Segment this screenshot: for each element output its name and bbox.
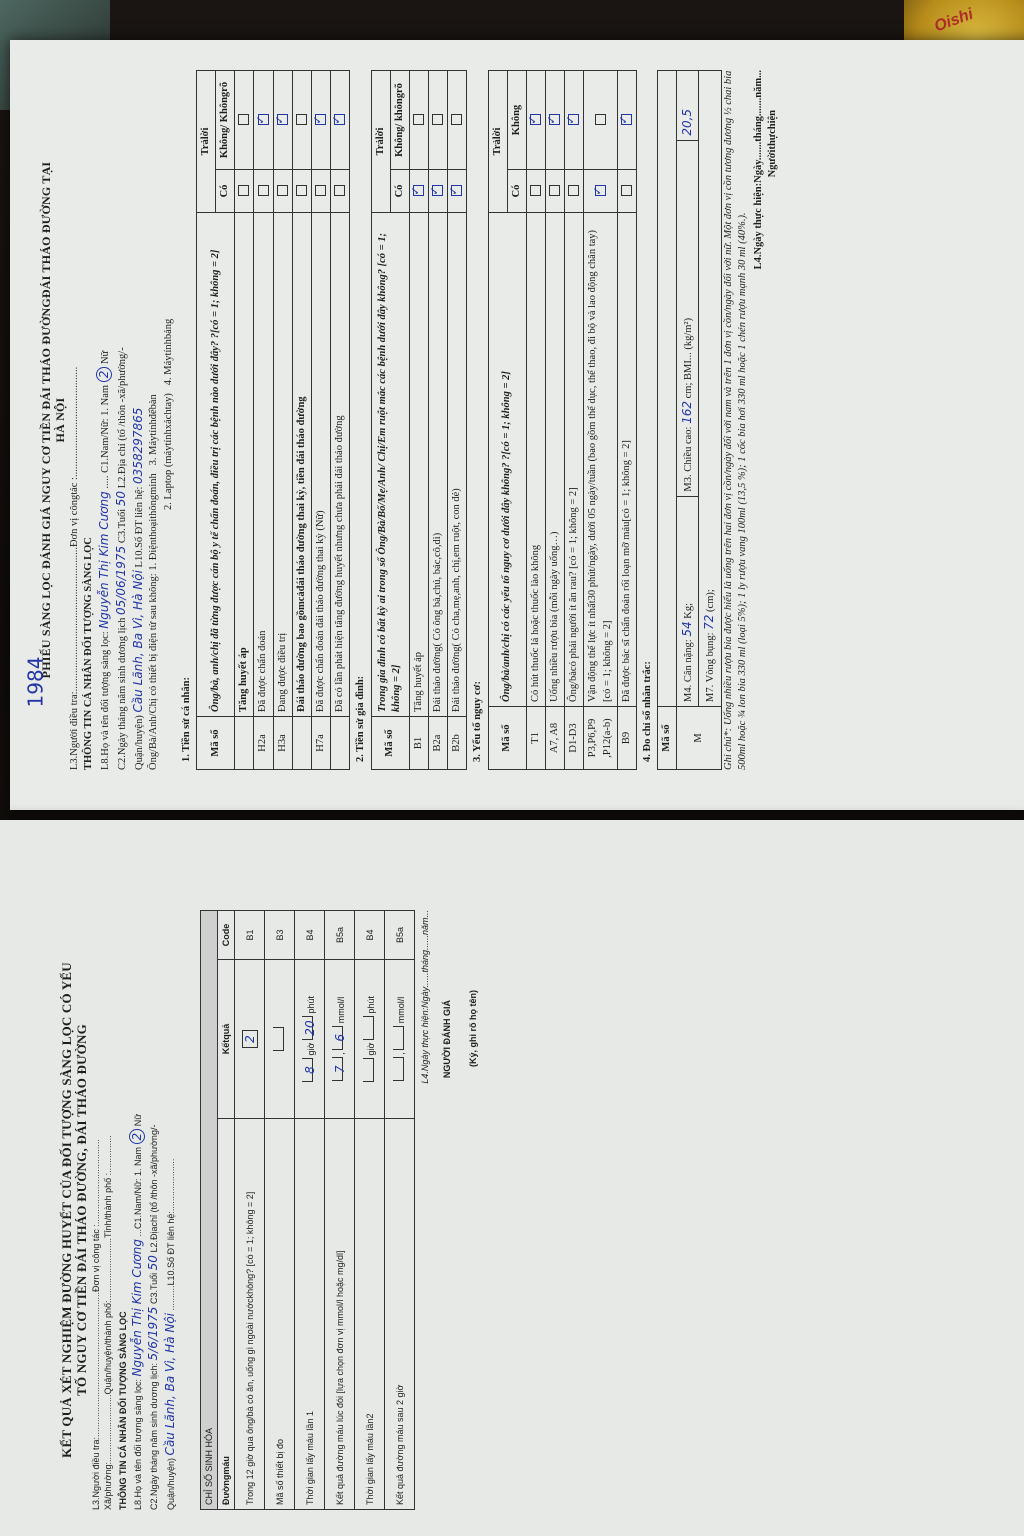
row-code: B4 [355, 911, 385, 960]
answer-box[interactable]: 2 [242, 1030, 258, 1048]
no-cell [546, 71, 565, 170]
no-checkbox[interactable] [595, 115, 606, 126]
row-label: Đã được chẩn đoán [254, 213, 273, 717]
no-checkbox[interactable] [258, 115, 269, 126]
table-row: D1-D3Ông/bàcó phải người ít ăn rau? [có … [565, 71, 584, 770]
alcohol-note: Ghi chú*: Uống nhiều rượu bia được hiểu … [722, 70, 750, 770]
date-line: L4.Ngày thực hiện:Ngày.......tháng......… [752, 70, 766, 770]
row-code: B2a [429, 717, 448, 770]
row-label: Ông/bàcó phải người ít ăn rau? [có = 1; … [565, 213, 584, 707]
dob-value[interactable]: 5/6/1975 [146, 1307, 160, 1361]
row-label: Đang được điều trị [273, 213, 292, 717]
unit-label: phút [306, 996, 316, 1014]
yes-cell [273, 170, 292, 213]
no-checkbox[interactable] [413, 115, 424, 126]
no-cell [409, 71, 428, 170]
yes-cell [312, 170, 331, 213]
row-code [331, 717, 350, 770]
gender-selected[interactable]: 2 [96, 367, 112, 383]
weight-value[interactable]: 54 [680, 621, 694, 636]
no-checkbox[interactable] [621, 115, 632, 126]
row-label: Thời gian lấy máu lần2 [355, 1119, 385, 1510]
unit-label: phút [366, 996, 376, 1014]
table-row: T1Có hút thuốc lá hoặc thuốc lào không [526, 71, 545, 770]
yes-checkbox[interactable] [315, 186, 326, 197]
row-label: Thời gian lấy máu lần 1 [295, 1119, 325, 1510]
no-checkbox[interactable] [568, 115, 579, 126]
device-code-input[interactable] [273, 1027, 284, 1051]
row-label: Trong 12 giờ qua ông/bà có ăn, uống gì n… [235, 1119, 265, 1510]
row-code: B1 [235, 911, 265, 960]
result-cell: giờ phút [355, 960, 385, 1119]
minute-input[interactable]: 20 [302, 1016, 313, 1040]
no-cell [565, 71, 584, 170]
no-cell [292, 71, 311, 170]
yes-checkbox[interactable] [277, 186, 288, 197]
family-history-table: Mã số Trong gia đình có bất kỳ ai trong … [371, 70, 468, 770]
yes-cell [448, 170, 467, 213]
height-value[interactable]: 162 [680, 401, 694, 424]
row-label: Kết quả đường máu sau 2 giờ [385, 1119, 415, 1510]
yes-cell [331, 170, 350, 213]
no-checkbox[interactable] [432, 115, 443, 126]
yes-checkbox[interactable] [334, 186, 345, 197]
table-row: B2bĐái tháo đường( Có cha,mẹ,anh, chị,em… [448, 71, 467, 770]
yes-checkbox[interactable] [549, 186, 560, 197]
table-row: Thời gian lấy máu lần 18 giờ 20 phútB4 [295, 911, 325, 1510]
personal-history-table: Mã số Ông/bà, anh/chị đã từng được cán b… [196, 70, 350, 770]
section-personal-info: THÔNG TIN CÁ NHÂN ĐỐI TƯỢNG SÀNG LỌC [82, 70, 96, 770]
device-line: Ông/Bà/Anh/Chị có thiết bị điện tử sau k… [147, 70, 161, 770]
row-code: B2b [448, 717, 467, 770]
yes-checkbox[interactable] [258, 186, 269, 197]
row-label: Đã có lần phát hiện tăng đường huyết như… [331, 213, 350, 717]
result-cell: , mmol/l [385, 960, 415, 1119]
table-row: Tăng huyết áp [235, 71, 254, 770]
screening-form: PHIẾU SÀNG LỌC ĐÁNH GIÁ NGUY CƠ TIỀN ĐÁI… [40, 70, 770, 770]
yes-checkbox[interactable] [413, 186, 424, 197]
yes-checkbox[interactable] [451, 186, 462, 197]
signer-label: NGƯỜI ĐÁNH GIÁ [441, 910, 453, 1510]
table-row: Thời gian lấy máu lần2 giờ phútB4 [355, 911, 385, 1510]
row-code: B4 [295, 911, 325, 960]
gender-selected[interactable]: 2 [129, 1129, 145, 1145]
section-anthropometrics: 4. Đo chỉ số nhân trắc: [641, 70, 655, 762]
unit-label: mmol/l [336, 997, 346, 1024]
row-code: A7, A8 [546, 707, 565, 770]
yes-cell [292, 170, 311, 213]
waist-field: M7. Vòng bụng: 72 (cm); [699, 71, 721, 707]
unit-label: giờ [306, 1043, 316, 1056]
bmi-value[interactable]: 20,5 [680, 109, 694, 136]
row-label: Đái tháo đường( Có ông bà,chú, bác,cô,dì… [429, 213, 448, 717]
result-cell [265, 960, 295, 1119]
table-row: Trong 12 giờ qua ông/bà có ăn, uống gì n… [235, 911, 265, 1510]
row-label: Đái tháo đường bao gồmcảđái tháo đường t… [292, 213, 311, 717]
no-cell [273, 71, 292, 170]
yes-checkbox[interactable] [238, 186, 249, 197]
result-cell: 7 , 6 mmol/l [325, 960, 355, 1119]
no-cell [331, 71, 350, 170]
table-row: Mã số thiết bị đoB3 [265, 911, 295, 1510]
age-value[interactable]: 50 [114, 491, 128, 506]
anthropometrics-table: Mã số M M4. Cân nặng: 54 Kg; M3. Chiều c… [657, 70, 722, 770]
row-label: Vận động thể lực ít nhất30 phút/ngày, dư… [584, 213, 617, 707]
table-row: B9Đã được bác sĩ chẩn đoán rối loạn mỡ m… [617, 71, 636, 770]
unit-label: giờ [366, 1043, 376, 1056]
weight-field: M4. Cân nặng: 54 Kg; [677, 496, 699, 706]
value-dec-input[interactable] [393, 1026, 404, 1050]
waist-value[interactable]: 72 [702, 615, 716, 630]
table-row: B2aĐái tháo đường( Có ông bà,chú, bác,cô… [429, 71, 448, 770]
height-field: M3. Chiều cao: 162 cm; BMI... (kg/m²) [677, 140, 699, 496]
no-cell [448, 71, 467, 170]
row-label: Mã số thiết bị đo [265, 1119, 295, 1510]
no-cell [429, 71, 448, 170]
row-label: Đã được bác sĩ chẩn đoán rối loạn mỡ máu… [617, 213, 636, 707]
name-line: L8.Họ và tên đối tượng sàng lọc: Nguyễn … [96, 70, 113, 770]
unit-label: mmol/l [396, 997, 406, 1024]
row-code: B9 [617, 707, 636, 770]
row-code: B5a [385, 911, 415, 960]
yes-cell [584, 170, 617, 213]
yes-cell [409, 170, 428, 213]
no-checkbox[interactable] [315, 115, 326, 126]
yes-checkbox[interactable] [530, 186, 541, 197]
no-cell [584, 71, 617, 170]
section-risk-factors: 3. Yếu tố nguy cơ: [471, 70, 485, 762]
interviewer-line: L3.Người điều tra:......................… [68, 70, 82, 770]
row-code [292, 717, 311, 770]
yes-checkbox[interactable] [621, 186, 632, 197]
table-row: H7aĐã được chẩn đoán đái tháo đường thai… [312, 71, 331, 770]
minute-input[interactable] [363, 1016, 374, 1040]
address-value[interactable]: Cầu Lãnh, Ba Vì, Hà Nội [131, 570, 145, 712]
handwritten-mark: 1984 [23, 657, 47, 708]
row-label: Đã được chẩn đoán đái tháo đường thai kỳ… [312, 213, 331, 717]
table-row: Kết quả đường máu lúc đói [lựa chọn đơn … [325, 911, 355, 1510]
section-family-history: 2. Tiền sử gia đình: [354, 70, 368, 762]
table-row: A7, A8Uống nhiều rượu bia (mỗi ngày uống… [546, 71, 565, 770]
age-value[interactable]: 50 [146, 1255, 160, 1270]
no-cell [312, 71, 331, 170]
row-label: Tăng huyết áp [235, 213, 254, 717]
no-checkbox[interactable] [530, 115, 541, 126]
row-label: Tăng huyết áp [409, 213, 428, 717]
yes-cell [235, 170, 254, 213]
row-code: T1 [526, 707, 545, 770]
yes-checkbox[interactable] [595, 186, 606, 197]
table-row: Kết quả đường máu sau 2 giờ , mmol/lB5a [385, 911, 415, 1510]
row-code: B5a [325, 911, 355, 960]
date-line: L4.Ngày thực hiện:Ngày......tháng......n… [419, 910, 431, 1510]
row-code: B1 [409, 717, 428, 770]
no-checkbox[interactable] [277, 115, 288, 126]
district-line: Quận/huyện) Cầu Lãnh, Ba Vì, Hà Nội L10.… [130, 70, 147, 770]
yes-checkbox[interactable] [296, 186, 307, 197]
result-cell: 2 [235, 960, 265, 1119]
no-checkbox[interactable] [549, 115, 560, 126]
result-cell: 8 giờ 20 phút [295, 960, 325, 1119]
signer-label: Ngườithựchiện [766, 70, 780, 770]
table-row: Đã có lần phát hiện tăng đường huyết như… [331, 71, 350, 770]
no-checkbox[interactable] [296, 115, 307, 126]
row-code: H2a [254, 717, 273, 770]
value-int-input[interactable]: 7 [332, 1057, 343, 1081]
table-row: H2aĐã được chẩn đoán [254, 71, 273, 770]
dob-value[interactable]: 05/06/1975 [114, 546, 128, 615]
value-dec-input[interactable]: 6 [332, 1026, 343, 1050]
dob-line: C2.Ngày tháng năm sinh dương lịch 05/06/… [113, 70, 130, 770]
yes-cell [546, 170, 565, 213]
row-code: D1-D3 [565, 707, 584, 770]
row-label: Có hút thuốc lá hoặc thuốc lào không [526, 213, 545, 707]
risk-factors-table: Mã số Ông/bà/anh/chị có các yếu tố nguy … [488, 70, 637, 770]
no-checkbox[interactable] [334, 115, 345, 126]
row-code: H3a [273, 717, 292, 770]
hour-input[interactable]: 8 [302, 1058, 313, 1082]
biochem-table: CHỈ SỐ SINH HÓA Đườngmáu Kếtquả Code Tro… [200, 910, 415, 1510]
blood-test-title: KẾT QUẢ XÉT NGHIỆM ĐƯỜNG HUYẾT CỦA ĐỐI T… [60, 910, 90, 1510]
name-value[interactable]: Nguyễn Thị Kim Cương [97, 491, 111, 628]
no-cell [254, 71, 273, 170]
row-code [235, 717, 254, 770]
yes-cell [565, 170, 584, 213]
value-int-input[interactable] [393, 1057, 404, 1081]
yes-cell [254, 170, 273, 213]
row-code: H7a [312, 717, 331, 770]
table-row: H3aĐang được điều trị [273, 71, 292, 770]
yes-cell [526, 170, 545, 213]
table-row: B1Tăng huyết áp [409, 71, 428, 770]
blood-test-form: KẾT QUẢ XÉT NGHIỆM ĐƯỜNG HUYẾT CỦA ĐỐI T… [60, 910, 520, 1510]
row-label: Đái tháo đường( Có cha,mẹ,anh, chị,em ru… [448, 213, 467, 717]
section-personal-history: 1. Tiền sử cá nhân: [180, 70, 194, 762]
yes-cell [429, 170, 448, 213]
table-row: P3,P6,P9 ,P12(a-b)Vận động thể lực ít nh… [584, 71, 617, 770]
name-value[interactable]: Nguyễn Thị Kim Cương [130, 1239, 144, 1376]
phone-value[interactable]: 0358297865 [131, 408, 145, 484]
row-code: P3,P6,P9 ,P12(a-b) [584, 707, 617, 770]
table-row: Đái tháo đường bao gồmcảđái tháo đường t… [292, 71, 311, 770]
yes-checkbox[interactable] [432, 186, 443, 197]
yes-checkbox[interactable] [568, 186, 579, 197]
no-checkbox[interactable] [451, 115, 462, 126]
row-code: B3 [265, 911, 295, 960]
no-checkbox[interactable] [238, 115, 249, 126]
address-value[interactable]: Cầu Lãnh, Ba Vì, Hà Nội [163, 1313, 177, 1455]
bmi-field: 20,5 [677, 71, 699, 141]
no-cell [617, 71, 636, 170]
hour-input[interactable] [363, 1058, 374, 1082]
no-cell [526, 71, 545, 170]
yes-cell [617, 170, 636, 213]
row-label: Uống nhiều rượu bia (mỗi ngày uống…) [546, 213, 565, 707]
no-cell [235, 71, 254, 170]
row-label: Kết quả đường máu lúc đói [lựa chọn đơn … [325, 1119, 355, 1510]
